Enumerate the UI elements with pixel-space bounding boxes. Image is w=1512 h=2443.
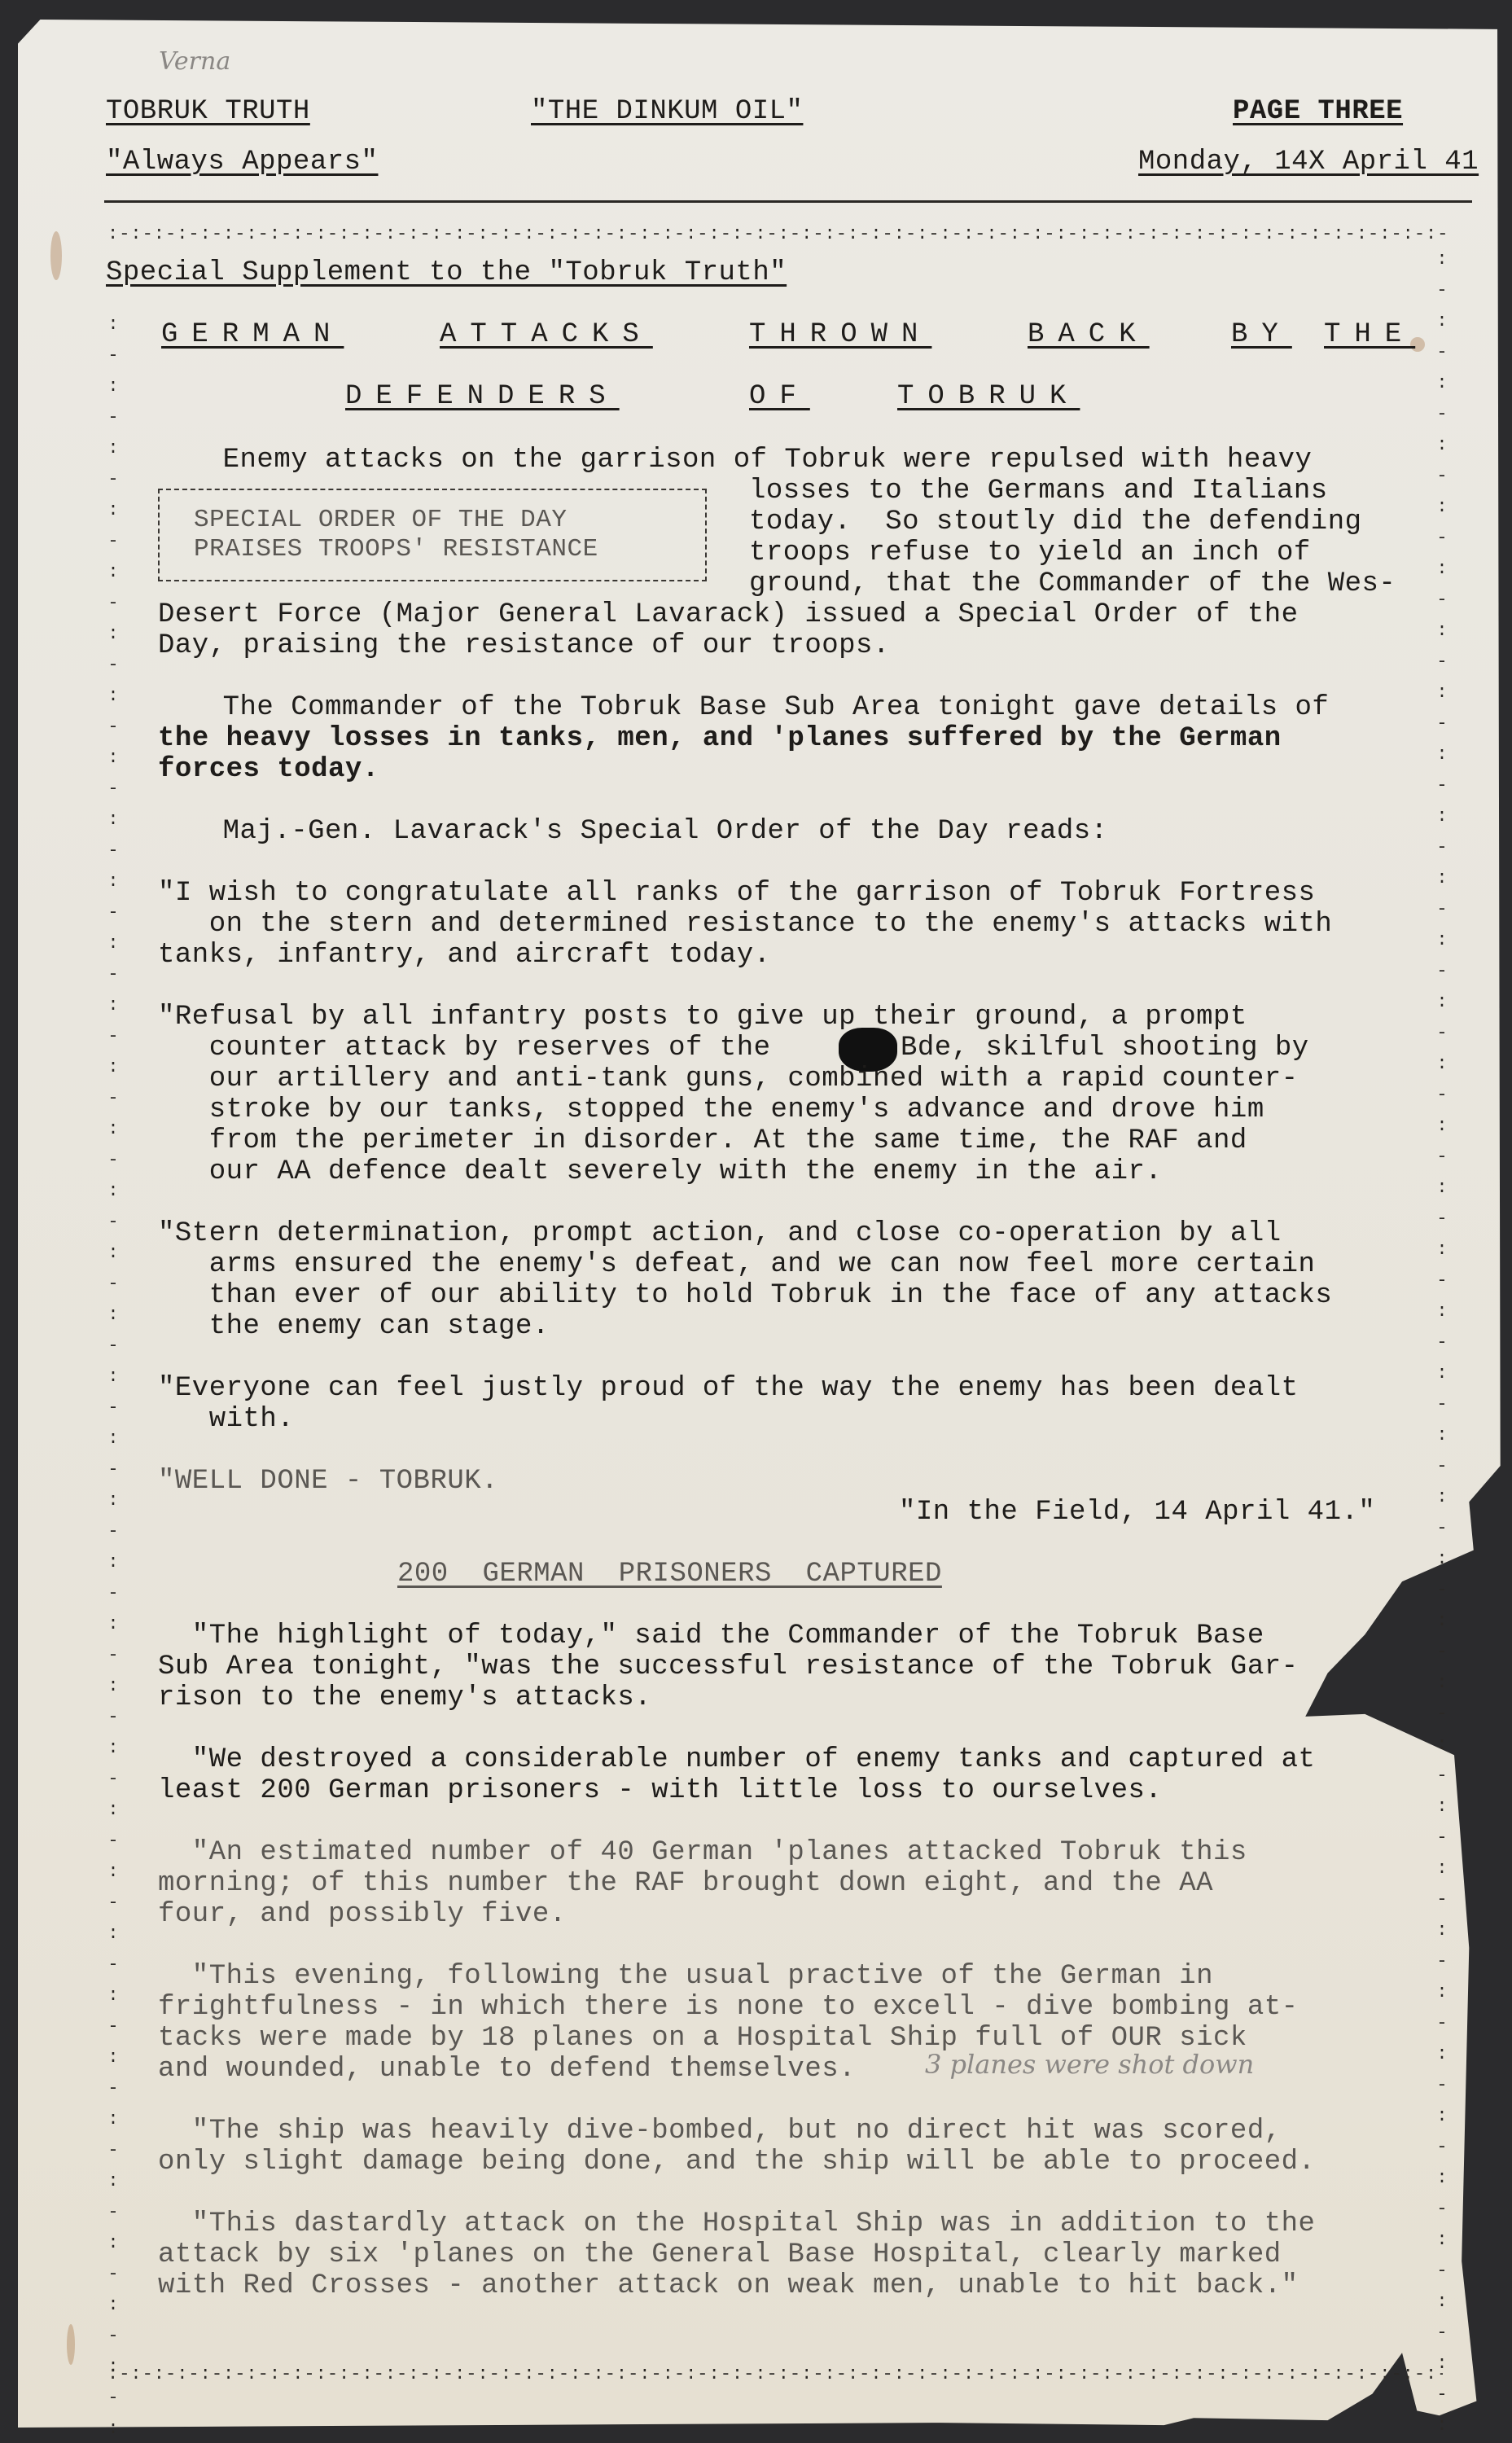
body-line: four, and possibly five. xyxy=(158,1899,567,1930)
handwritten-note: Verna xyxy=(159,47,230,76)
left-border: : - : - : - : - : - : - : - : - : - : - … xyxy=(107,309,119,2329)
body-line: today. So stoutly did the defending xyxy=(749,507,1362,537)
body-line: attack by six 'planes on the General Bas… xyxy=(158,2239,1282,2270)
body-line: than ever of our ability to hold Tobruk … xyxy=(158,1280,1332,1311)
body-line: forces today. xyxy=(158,754,379,785)
paper-name: TOBRUK TRUTH xyxy=(106,96,310,127)
body-line: on the stern and determined resistance t… xyxy=(158,909,1332,940)
body-line: ground, that the Commander of the Wes- xyxy=(749,568,1396,599)
body-line: our AA defence dealt severely with the e… xyxy=(158,1156,1162,1187)
body-line: rison to the enemy's attacks. xyxy=(158,1682,651,1713)
body-line: with Red Crosses - another attack on wea… xyxy=(158,2270,1299,2301)
bottom-border: :-:-:-:-:-:-:-:-:-:-:-:-:-:-:-:-:-:-:-:-… xyxy=(107,2366,1443,2383)
body-line: Sub Area tonight, "was the successful re… xyxy=(158,1651,1299,1682)
body-line: "An estimated number of 40 German 'plane… xyxy=(158,1837,1247,1868)
body-line: frightfulness - in which there is none t… xyxy=(158,1992,1299,2023)
masthead-rule xyxy=(104,200,1472,203)
headline-word: TOBRUK xyxy=(897,381,1080,412)
body-line: "Refusal by all infantry posts to give u… xyxy=(158,1002,1247,1033)
body-line: morning; of this number the RAF brought … xyxy=(158,1868,1213,1899)
right-border: : - : - : - : - : - : - : - : - : - : - … xyxy=(1436,244,1448,2329)
body-line: "This evening, following the usual pract… xyxy=(158,1961,1213,1992)
motto: "Always Appears" xyxy=(106,147,378,178)
body-line: from the perimeter in disorder. At the s… xyxy=(158,1125,1247,1156)
body-line: tanks, infantry, and aircraft today. xyxy=(158,940,771,971)
headline-word: DEFENDERS xyxy=(345,381,620,412)
body-line: arms ensured the enemy's defeat, and we … xyxy=(158,1249,1315,1280)
body-line: stroke by our tanks, stopped the enemy's… xyxy=(158,1094,1264,1125)
body-line: "Everyone can feel justly proud of the w… xyxy=(158,1373,1299,1404)
body-line: The Commander of the Tobruk Base Sub Are… xyxy=(155,692,1329,723)
body-line: Bde, skilful shooting by xyxy=(901,1033,1309,1064)
body-line: only slight damage being done, and the s… xyxy=(158,2147,1315,2178)
body-line: Enemy attacks on the garrison of Tobruk … xyxy=(155,445,1312,476)
headline-word: ATTACKS xyxy=(440,319,653,350)
body-line: "The ship was heavily dive-bombed, but n… xyxy=(158,2116,1282,2147)
body-line: with. xyxy=(158,1404,294,1435)
page-number: PAGE THREE xyxy=(1233,96,1403,127)
body-line: our artillery and anti-tank guns, combin… xyxy=(158,1064,1299,1094)
subheading: 200 GERMAN PRISONERS CAPTURED xyxy=(397,1559,942,1590)
headline-word: BY xyxy=(1231,319,1292,350)
body-line: "This dastardly attack on the Hospital S… xyxy=(158,2208,1315,2239)
rust-stain xyxy=(67,2324,75,2365)
boxed-heading-line: SPECIAL ORDER OF THE DAY xyxy=(194,505,567,536)
closing-line: "WELL DONE - TOBRUK. xyxy=(158,1466,498,1497)
top-border: :-:-:-:-:-:-:-:-:-:-:-:-:-:-:-:-:-:-:-:-… xyxy=(107,226,1451,243)
headline-word: THROWN xyxy=(749,319,931,350)
body-line: and wounded, unable to defend themselves… xyxy=(158,2054,856,2085)
body-line: "I wish to congratulate all ranks of the… xyxy=(158,878,1315,909)
supplement-heading: Special Supplement to the "Tobruk Truth" xyxy=(106,257,787,288)
body-line: "We destroyed a considerable number of e… xyxy=(158,1744,1315,1775)
body-line: "The highlight of today," said the Comma… xyxy=(158,1621,1264,1651)
body-line: least 200 German prisoners - with little… xyxy=(158,1775,1162,1806)
body-line: the heavy losses in tanks, men, and 'pla… xyxy=(158,723,1282,754)
body-line: "Stern determination, prompt action, and… xyxy=(158,1218,1282,1249)
body-line: the enemy can stage. xyxy=(158,1311,550,1342)
body-line: troops refuse to yield an inch of xyxy=(749,537,1311,568)
handwritten-annotation: 3 planes were shot down xyxy=(925,2049,1254,2080)
headline-word: THE xyxy=(1324,319,1415,350)
headline-word: OF xyxy=(749,381,810,412)
boxed-heading-line: PRAISES TROOPS' RESISTANCE xyxy=(194,534,598,565)
headline-word: BACK xyxy=(1028,319,1150,350)
rust-stain xyxy=(50,231,62,280)
body-line: Maj.-Gen. Lavarack's Special Order of th… xyxy=(155,816,1108,847)
issue-date: Monday, 14X April 41 xyxy=(1138,147,1479,178)
body-line: Day, praising the resistance of our troo… xyxy=(158,630,890,661)
body-line: counter attack by reserves of the xyxy=(158,1033,771,1064)
boxed-heading: SPECIAL ORDER OF THE DAY PRAISES TROOPS'… xyxy=(158,489,707,581)
body-line: Desert Force (Major General Lavarack) is… xyxy=(158,599,1299,630)
signoff: "In the Field, 14 April 41." xyxy=(899,1497,1375,1528)
headline-word: GERMAN xyxy=(161,319,344,350)
body-line: losses to the Germans and Italians xyxy=(749,476,1328,507)
newsletter-title: "THE DINKUM OIL" xyxy=(531,96,803,127)
